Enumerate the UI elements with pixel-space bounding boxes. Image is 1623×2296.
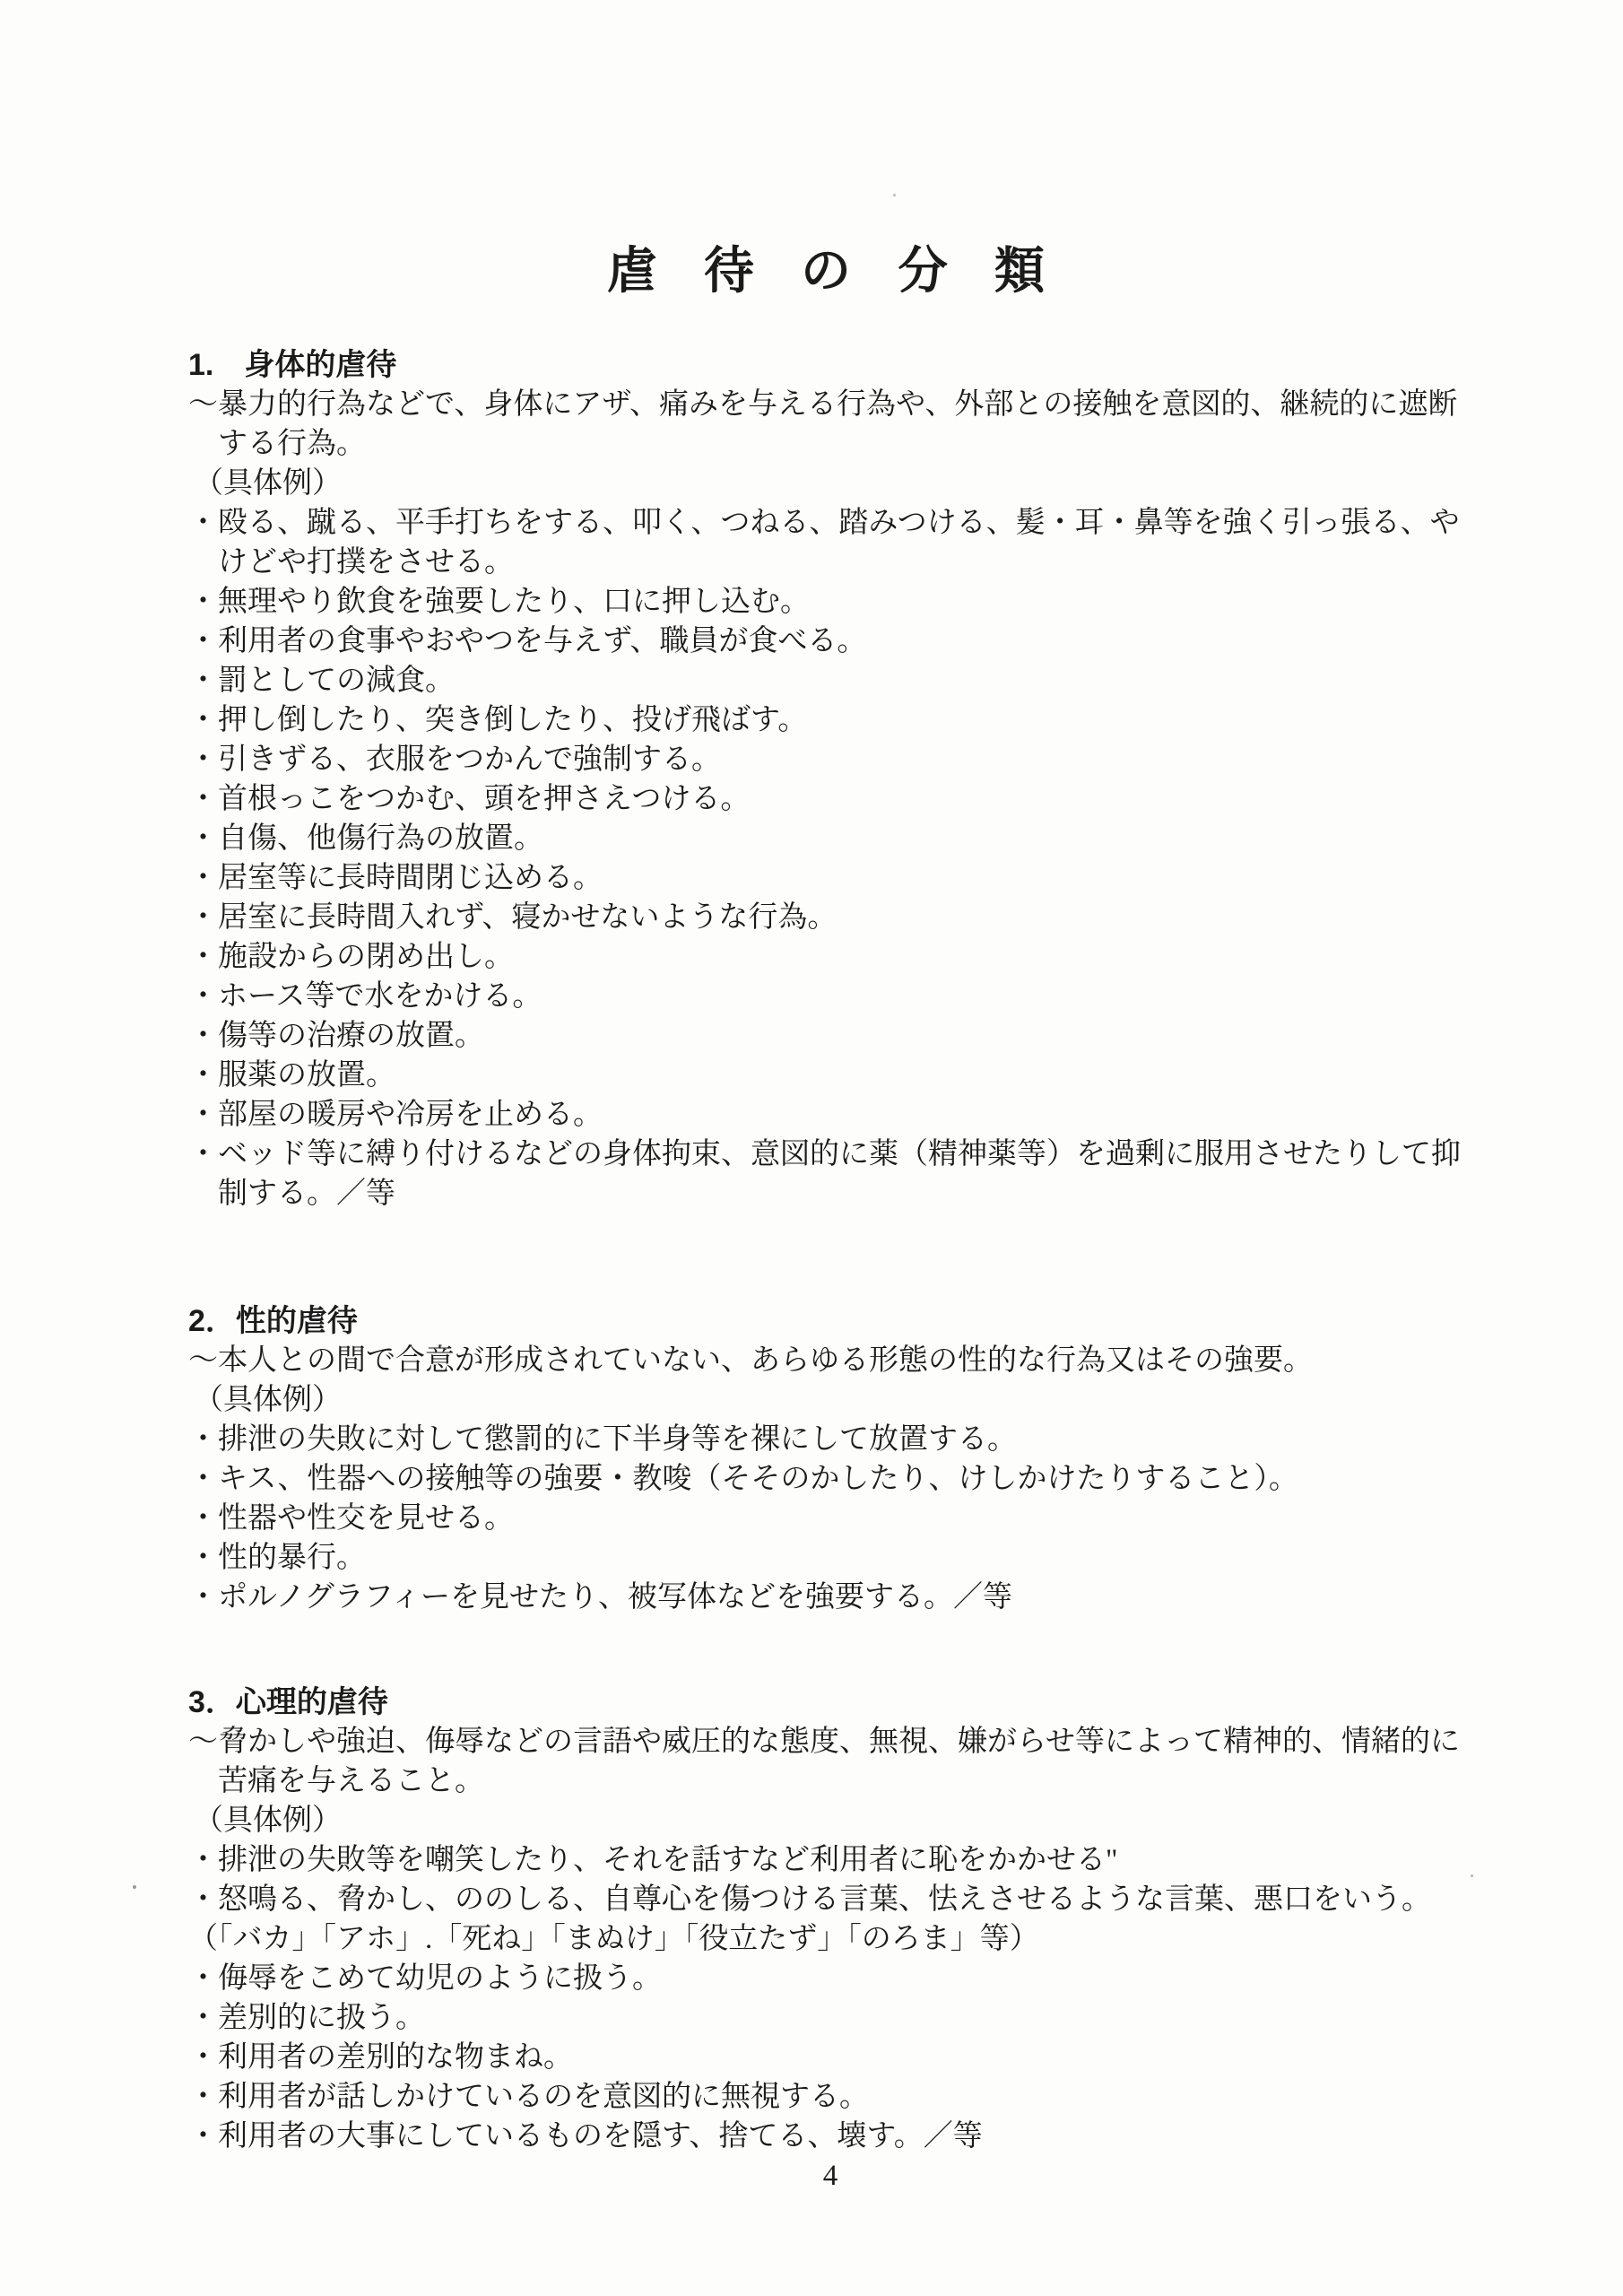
list-item: ・引きずる、衣服をつかんで強制する。 xyxy=(188,740,1472,779)
section-heading: 3．心理的虐待 xyxy=(188,1683,1472,1722)
section-description: ～暴力的行為などで、身体にアザ、痛みを与える行為や、外部との接触を意図的、継続的… xyxy=(188,385,1472,464)
list-item: ・無理やり飲食を強要したり、口に押し込む。 xyxy=(188,582,1472,622)
section-heading: 1. 身体的虐待 xyxy=(188,345,1472,385)
list-item: ・殴る、蹴る、平手打ちをする、叩く、つねる、踏みつける、髪・耳・鼻等を強く引っ張… xyxy=(188,503,1472,582)
list-item: ・性器や性交を見せる。 xyxy=(188,1499,1472,1538)
list-item: ・ベッド等に縛り付けるなどの身体拘束、意図的に薬（精神薬等）を過剰に服用させたり… xyxy=(188,1135,1472,1213)
list-item: ・差別的に扱う。 xyxy=(188,1998,1472,2038)
list-item: ・部屋の暖房や冷房を止める。 xyxy=(188,1095,1472,1135)
page-number: 4 xyxy=(188,2156,1472,2196)
scan-speck xyxy=(1471,1874,1473,1877)
list-item: ・キス、性器への接触等の強要・教唆（そそのかしたり、けしかけたりすること）。 xyxy=(188,1459,1472,1499)
list-item: ・押し倒したり、突き倒したり、投げ飛ばす。 xyxy=(188,700,1472,740)
list-item: ・性的暴行。 xyxy=(188,1538,1472,1578)
examples-label: （具体例） xyxy=(188,464,1472,503)
list-item: ・自傷、他傷行為の放置。 xyxy=(188,819,1472,858)
list-item: ・居室等に長時間閉じ込める。 xyxy=(188,858,1472,898)
list-item: ・ポルノグラフィーを見せたり、被写体などを強要する。／等 xyxy=(188,1578,1472,1617)
list-item: ・施設からの閉め出し。 xyxy=(188,937,1472,977)
list-item: ・排泄の失敗等を嘲笑したり、それを話すなど利用者に恥をかかせる" xyxy=(188,1840,1472,1880)
examples-label: （具体例） xyxy=(188,1801,1472,1840)
examples-label: （具体例） xyxy=(188,1380,1472,1420)
section-description: ～本人との間で合意が形成されていない、あらゆる形態の性的な行為又はその強要。 xyxy=(188,1341,1472,1380)
list-item: ・利用者の食事やおやつを与えず、職員が食べる。 xyxy=(188,622,1472,661)
list-item: ・居室に長時間入れず、寝かせないような行為。 xyxy=(188,898,1472,937)
section-sexual-abuse: 2．性的虐待 ～本人との間で合意が形成されていない、あらゆる形態の性的な行為又は… xyxy=(188,1301,1472,1617)
list-item: ・罰としての減食。 xyxy=(188,661,1472,700)
list-item: ・利用者の差別的な物まね。 xyxy=(188,2038,1472,2077)
list-item: ・ホース等で水をかける。 xyxy=(188,977,1472,1016)
list-item: ・利用者の大事にしているものを隠す、捨てる、壊す。／等 xyxy=(188,2117,1472,2156)
insult-words-note: （「バカ」「アホ」.「死ね」「まぬけ」「役立たず」「のろま」等） xyxy=(188,1919,1472,1959)
list-item: ・侮辱をこめて幼児のように扱う。 xyxy=(188,1959,1472,1998)
scan-speck xyxy=(133,1885,136,1889)
list-item: ・首根っこをつかむ、頭を押さえつける。 xyxy=(188,779,1472,819)
section-psychological-abuse: 3．心理的虐待 ～脅かしや強迫、侮辱などの言語や威圧的な態度、無視、嫌がらせ等に… xyxy=(188,1683,1472,2156)
page-title: 虐待の分類 xyxy=(0,0,1623,303)
list-item: ・服薬の放置。 xyxy=(188,1056,1472,1095)
list-item: ・傷等の治療の放置。 xyxy=(188,1016,1472,1056)
scan-speck xyxy=(893,194,896,196)
list-item: ・怒鳴る、脅かし、ののしる、自尊心を傷つける言葉、怯えさせるような言葉、悪口をい… xyxy=(188,1880,1472,1919)
list-item: ・排泄の失敗に対して懲罰的に下半身等を裸にして放置する。 xyxy=(188,1420,1472,1459)
section-description: ～脅かしや強迫、侮辱などの言語や威圧的な態度、無視、嫌がらせ等によって精神的、情… xyxy=(188,1722,1472,1801)
list-item: ・利用者が話しかけているのを意図的に無視する。 xyxy=(188,2077,1472,2117)
section-heading: 2．性的虐待 xyxy=(188,1301,1472,1341)
document-page: 虐待の分類 1. 身体的虐待 ～暴力的行為などで、身体にアザ、痛みを与える行為や… xyxy=(0,0,1623,2296)
document-body: 1. 身体的虐待 ～暴力的行為などで、身体にアザ、痛みを与える行為や、外部との接… xyxy=(188,345,1472,2196)
section-physical-abuse: 1. 身体的虐待 ～暴力的行為などで、身体にアザ、痛みを与える行為や、外部との接… xyxy=(188,345,1472,1213)
